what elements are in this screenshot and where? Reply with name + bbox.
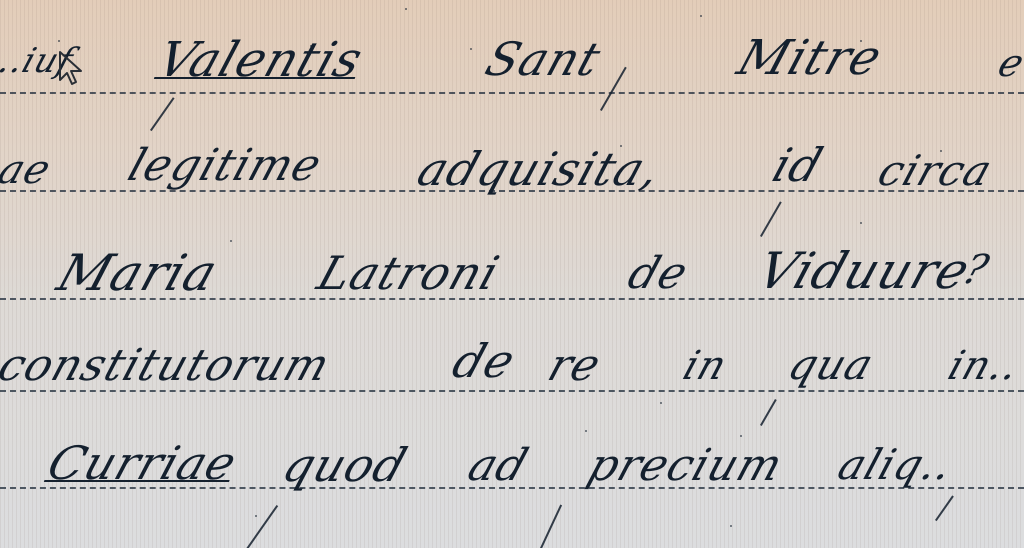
manuscript-line-5: Curriae quod ad precium aliq.. xyxy=(0,400,1024,500)
manuscript-word: legitime xyxy=(123,144,327,188)
manuscript-word: de xyxy=(448,338,522,384)
manuscript-word: ae xyxy=(0,150,56,190)
manuscript-line-1: ..iuf Valentis Sant Mitre e xyxy=(0,0,1024,100)
manuscript-word: re xyxy=(543,344,606,388)
manuscript-viewer[interactable]: ..iuf Valentis Sant Mitre e ae legitime … xyxy=(0,0,1024,548)
manuscript-word: precium xyxy=(583,444,788,488)
manuscript-word: quod xyxy=(278,442,413,488)
manuscript-word: de xyxy=(623,252,694,296)
manuscript-word: qua xyxy=(783,344,879,386)
manuscript-word: aliq.. xyxy=(833,444,958,486)
manuscript-word: in.. xyxy=(944,346,1024,386)
manuscript-word: e xyxy=(994,44,1024,82)
manuscript-line-4: constitutorum de re in qua in.. xyxy=(0,300,1024,400)
arrow-pointer-icon xyxy=(58,50,86,86)
manuscript-word: Viduure xyxy=(752,246,976,296)
manuscript-word: ad xyxy=(463,444,534,488)
manuscript-word: id xyxy=(768,142,829,188)
manuscript-word: circa xyxy=(873,150,997,192)
manuscript-word: in xyxy=(679,346,733,386)
manuscript-line-2: ae legitime adquisita, id circa xyxy=(0,100,1024,200)
manuscript-line-3: Maria Latroni de Viduure ? xyxy=(0,200,1024,300)
manuscript-word: Valentis xyxy=(152,36,368,84)
manuscript-word: Sant xyxy=(481,36,607,82)
manuscript-word: Maria xyxy=(52,248,224,298)
manuscript-word: Latroni xyxy=(313,250,505,296)
descender-stroke xyxy=(540,504,562,548)
manuscript-word: Curriae xyxy=(43,440,243,486)
descender-stroke xyxy=(245,505,278,548)
manuscript-word: adquisita, xyxy=(413,146,667,192)
manuscript-word: constitutorum xyxy=(0,344,335,388)
manuscript-word: Mitre xyxy=(732,34,888,82)
